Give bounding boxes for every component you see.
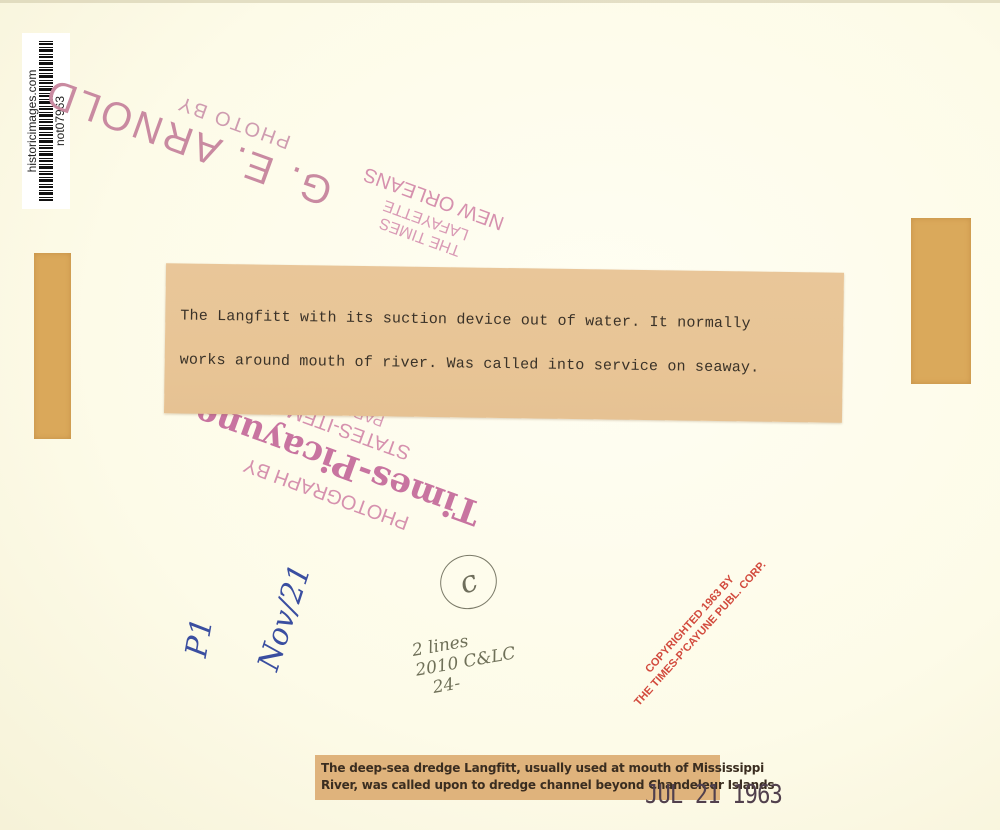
clipping-line-1: The deep-sea dredge Langfitt, usually us… xyxy=(321,760,774,777)
copyright-line-2: THE TIMES-P'CAYUNE PUBL. CORP. xyxy=(631,558,769,709)
barcode-site: historicimages.com xyxy=(26,70,38,173)
typed-caption-line-1: The Langfitt with its suction device out… xyxy=(180,307,751,332)
handwritten-page: P1 xyxy=(179,615,220,660)
typed-caption-line-2: works around mouth of river. Was called … xyxy=(180,351,760,376)
photo-back-paper: historicimages.com not07963 G. E. ARNOLD… xyxy=(0,0,1000,830)
date-stamp: JUL 21 1963 xyxy=(645,780,782,810)
tape-strip-left xyxy=(34,253,71,439)
typed-caption-strip: The Langfitt with its suction device out… xyxy=(164,263,844,422)
pencil-notes: 2 lines 2010 C&LC 24- xyxy=(411,624,521,701)
barcode-icon xyxy=(39,41,53,201)
paper-edge xyxy=(0,0,1000,3)
copyright-mark: c xyxy=(455,563,483,602)
copyright-circle-icon: c xyxy=(432,547,504,617)
barcode-label: historicimages.com not07963 xyxy=(22,33,70,209)
copyright-line-1: COPYRIGHTED 1963 BY xyxy=(621,549,759,700)
handwritten-date: Nov/21 xyxy=(251,560,318,675)
tape-strip-right xyxy=(911,218,971,384)
copyright-stamp: COPYRIGHTED 1963 BY THE TIMES-P'CAYUNE P… xyxy=(621,549,769,709)
